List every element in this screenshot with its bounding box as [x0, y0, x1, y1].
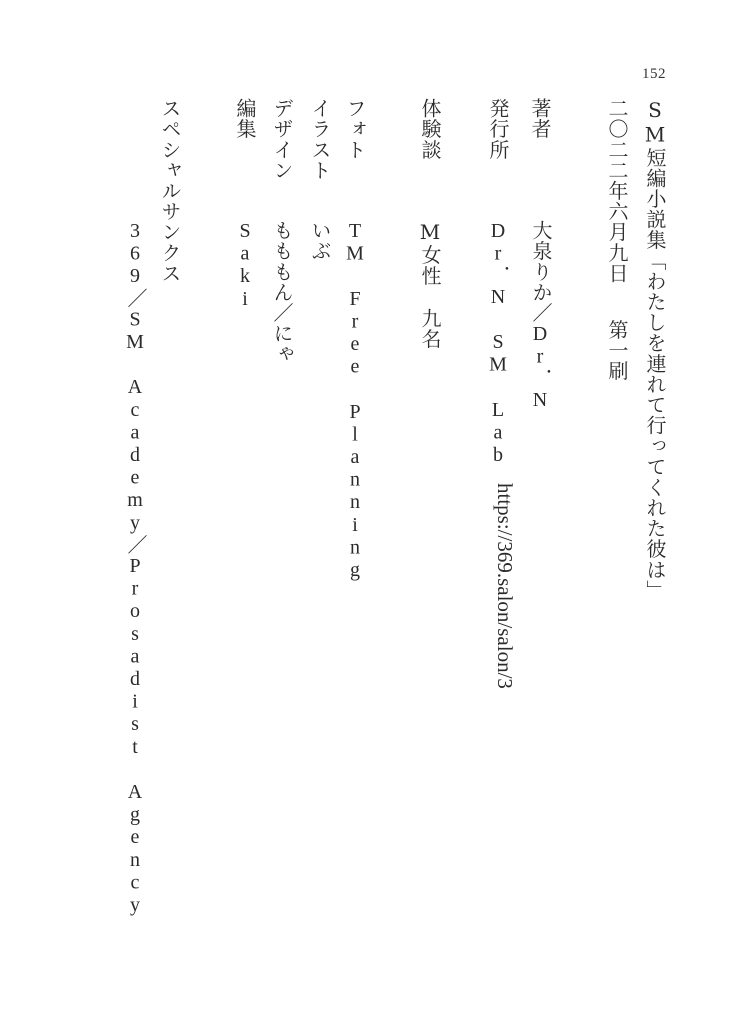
credit-experiences: 体験談M女性九名: [418, 98, 442, 349]
book-title-text: SM短編小説集「わたしを連れて行ってくれた彼は」: [643, 98, 667, 600]
special-thanks-label-column: スペシャルサンクス: [158, 98, 182, 283]
credit-photo: フォトTM Free Planning: [343, 98, 367, 582]
credit-value-photo: TM Free Planning: [343, 220, 367, 582]
credit-publisher: 発行所Dr．N SM Labhttps://369.salon/salon/3: [493, 98, 517, 689]
credit-value-design: もももん／にゃ: [270, 220, 294, 364]
credit-label-author: 著者: [528, 98, 552, 220]
credit-extra-experiences: 九名: [418, 308, 442, 349]
special-thanks-value: 369／SM Academy／Prosadist Agency: [124, 220, 146, 917]
colophon-page: 152 SM短編小説集「わたしを連れて行ってくれた彼は」 二〇二二年六月九日第一…: [0, 0, 752, 1024]
credit-label-publisher: 発行所: [486, 98, 510, 220]
credit-author: 著者大泉りか／Dr．N: [528, 98, 552, 411]
credit-label-design: デザイン: [270, 98, 294, 220]
credit-design: デザインもももん／にゃ: [270, 98, 294, 364]
publication-date-line: 二〇二二年六月九日第一刷: [605, 98, 629, 381]
credit-value-illustration: いぶ: [308, 220, 332, 261]
printing-number: 第一刷: [605, 319, 629, 381]
credit-value-publisher: Dr．N SM Lab: [486, 220, 510, 467]
publisher-url-link[interactable]: https://369.salon/salon/3: [493, 483, 517, 689]
page-number: 152: [642, 66, 666, 83]
credit-editor: 編集Saki: [233, 98, 257, 310]
credit-label-experiences: 体験談: [418, 98, 442, 220]
credit-label-editor: 編集: [233, 98, 257, 220]
special-thanks-label: スペシャルサンクス: [158, 98, 182, 283]
credit-label-illustration: イラスト: [308, 98, 332, 220]
book-title: SM短編小説集「わたしを連れて行ってくれた彼は」: [643, 98, 667, 600]
credit-illustration: イラストいぶ: [308, 98, 332, 261]
publication-date: 二〇二二年六月九日: [605, 98, 629, 283]
special-thanks-value-column: 369／SM Academy／Prosadist Agency: [123, 220, 147, 917]
credit-label-photo: フォト: [343, 98, 367, 220]
credit-value-experiences: M女性: [418, 220, 442, 286]
credit-value-editor: Saki: [233, 220, 257, 310]
credit-value-author: 大泉りか／Dr．N: [528, 220, 552, 411]
